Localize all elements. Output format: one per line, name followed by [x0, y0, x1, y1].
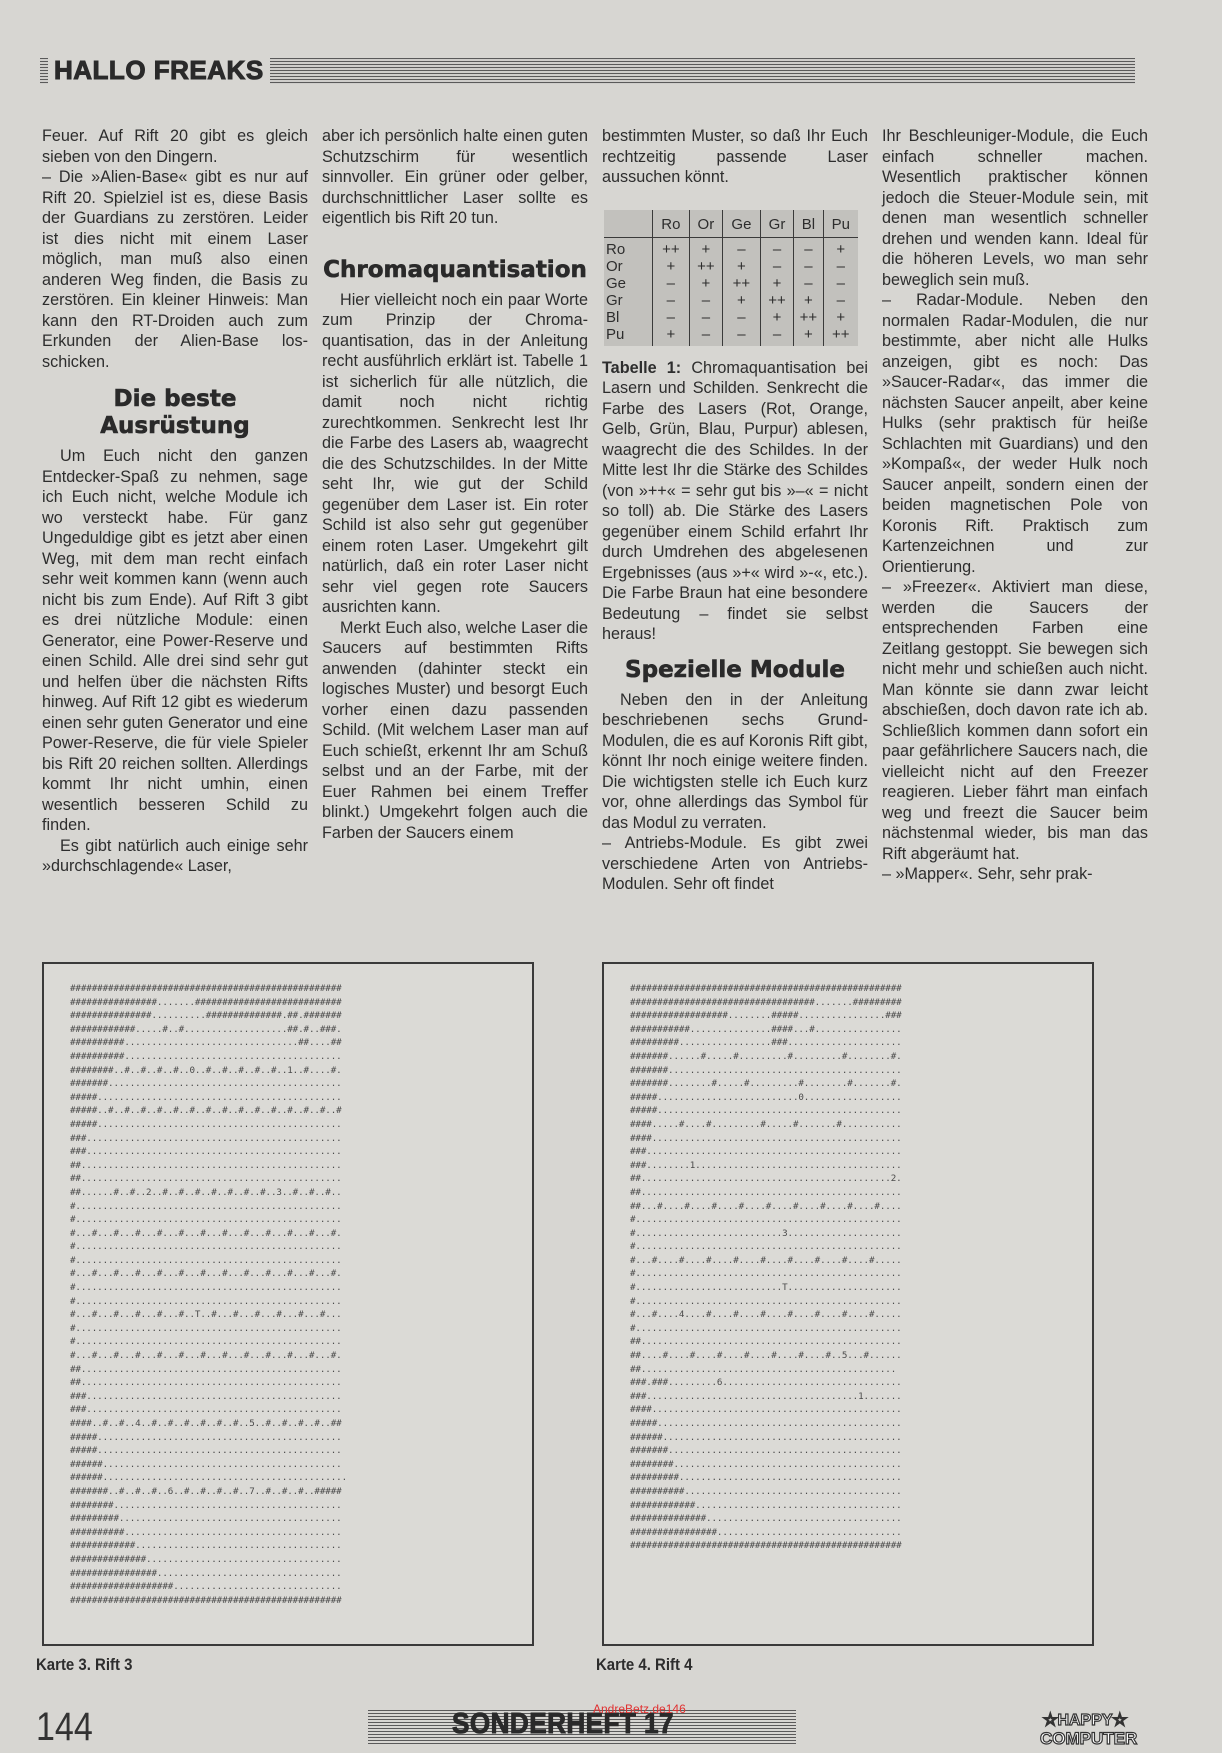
page-number: 144	[36, 1705, 93, 1750]
map-rift-3: ########################################…	[42, 962, 534, 1646]
map-caption-rift-4: Karte 4. Rift 4	[596, 1655, 692, 1675]
table-caption: Tabelle 1: Chromaquantisa­tion bei Laser…	[602, 358, 868, 645]
row-header: Or	[604, 258, 653, 275]
table-cell: –	[653, 292, 690, 309]
column-header: Ro	[653, 210, 690, 238]
table-cell: ++	[823, 326, 858, 346]
table-cell: +	[689, 275, 722, 292]
paragraph: Um Euch nicht den ganzen Entdecker-Spaß …	[42, 446, 308, 836]
column-header: Bl	[794, 210, 823, 238]
table-caption-label: Tabelle 1:	[602, 359, 681, 377]
column-header: Pu	[823, 210, 858, 238]
paragraph: Neben den in der Anleitung beschriebenen…	[602, 690, 868, 834]
heading-die-beste-ausruestung: Die beste Ausrüstung	[42, 386, 308, 440]
paragraph: aber ich persönlich halte einen guten Sc…	[322, 126, 588, 229]
table-row: Gr – – + ++ + –	[604, 292, 858, 309]
heading-spezielle-module: Spezielle Module	[602, 657, 868, 684]
row-header: Ge	[604, 275, 653, 292]
table-row: Bl – – – + ++ +	[604, 309, 858, 326]
map-caption-rift-3: Karte 3. Rift 3	[36, 1655, 132, 1675]
paragraph: Hier vielleicht noch ein paar Worte zum …	[322, 290, 588, 618]
paragraph: Merkt Euch also, welche Laser die Saucer…	[322, 618, 588, 844]
table-cell: +	[794, 326, 823, 346]
table-cell: –	[760, 326, 793, 346]
logo-line-1: ☆HAPPY☆	[1040, 1712, 1130, 1730]
table-cell: +	[723, 258, 761, 275]
watermark: AndreBetz.de146	[593, 1702, 686, 1716]
logo-line-2: COMPUTER	[1040, 1730, 1130, 1748]
map-rift-4: ########################################…	[602, 962, 1094, 1646]
table-cell: –	[760, 258, 793, 275]
column-2: aber ich persönlich halte einen guten Sc…	[322, 126, 588, 843]
ascii-map: ########################################…	[70, 982, 532, 1607]
table-cell: +	[823, 237, 858, 258]
chromaquantisation-table: Ro Or Ge Gr Bl Pu Ro ++ + – – – + Or + +…	[604, 210, 858, 346]
section-header-title: HALLO FREAKS	[48, 54, 270, 86]
column-header: Gr	[760, 210, 793, 238]
table-cell: –	[689, 292, 722, 309]
table-cell: +	[794, 292, 823, 309]
table-cell: –	[653, 275, 690, 292]
column-4: Ihr Beschleuniger-Module, die Euch einfa…	[882, 126, 1148, 885]
table-cell: +	[723, 292, 761, 309]
column-header: Ge	[723, 210, 761, 238]
table-cell: ++	[794, 309, 823, 326]
table-corner	[604, 210, 653, 238]
table-cell: –	[723, 309, 761, 326]
column-1: Feuer. Auf Rift 20 gibt es gleich sieben…	[42, 126, 308, 877]
paragraph: – Die »Alien-Base« gibt es nur auf Rift …	[42, 167, 308, 372]
table-cell: +	[760, 275, 793, 292]
table-cell: ++	[723, 275, 761, 292]
paragraph: – »Freezer«. Aktiviert man diese, werden…	[882, 577, 1148, 864]
row-header: Bl	[604, 309, 653, 326]
table-cell: –	[723, 326, 761, 346]
table-cell: –	[760, 237, 793, 258]
table-cell: –	[794, 237, 823, 258]
table-cell: –	[823, 292, 858, 309]
paragraph: bestimmten Muster, so daß Ihr Euch recht…	[602, 126, 868, 188]
table-cell: +	[760, 309, 793, 326]
table-cell: –	[723, 237, 761, 258]
table-row: Pu + – – – + ++	[604, 326, 858, 346]
paragraph: – Antriebs-Module. Es gibt zwei verschie…	[602, 833, 868, 895]
table-cell: –	[823, 275, 858, 292]
table-cell: –	[823, 258, 858, 275]
table-caption-text: Chromaquantisa­tion bei Lasern und Schil…	[602, 359, 868, 644]
table-row: Ge – + ++ + – –	[604, 275, 858, 292]
table-cell: –	[794, 258, 823, 275]
table-cell: +	[653, 326, 690, 346]
table-cell: ++	[689, 258, 722, 275]
happy-computer-logo: ☆HAPPY☆ COMPUTER	[1040, 1712, 1130, 1748]
table-cell: –	[689, 309, 722, 326]
row-header: Pu	[604, 326, 653, 346]
paragraph: Ihr Beschleuniger-Module, die Euch einfa…	[882, 126, 1148, 290]
column-3: bestimmten Muster, so daß Ihr Euch recht…	[602, 126, 868, 895]
paragraph: Feuer. Auf Rift 20 gibt es gleich sieben…	[42, 126, 308, 167]
row-header: Gr	[604, 292, 653, 309]
row-header: Ro	[604, 237, 653, 258]
table-cell: ++	[760, 292, 793, 309]
table-cell: ++	[653, 237, 690, 258]
table-row: Or + ++ + – – –	[604, 258, 858, 275]
paragraph: Es gibt natürlich auch einige sehr »durc…	[42, 836, 308, 877]
table-cell: –	[689, 326, 722, 346]
table-cell: –	[653, 309, 690, 326]
table-cell: –	[794, 275, 823, 292]
ascii-map: ########################################…	[630, 982, 1092, 1553]
table-cell: +	[689, 237, 722, 258]
heading-chromaquantisation: Chroma­quantisation	[322, 257, 588, 284]
table-cell: +	[823, 309, 858, 326]
column-header: Or	[689, 210, 722, 238]
paragraph: – Radar-Module. Neben den normalen Radar…	[882, 290, 1148, 577]
table-row: Ro ++ + – – – +	[604, 237, 858, 258]
paragraph: – »Mapper«. Sehr, sehr prak-	[882, 864, 1148, 885]
table-cell: +	[653, 258, 690, 275]
